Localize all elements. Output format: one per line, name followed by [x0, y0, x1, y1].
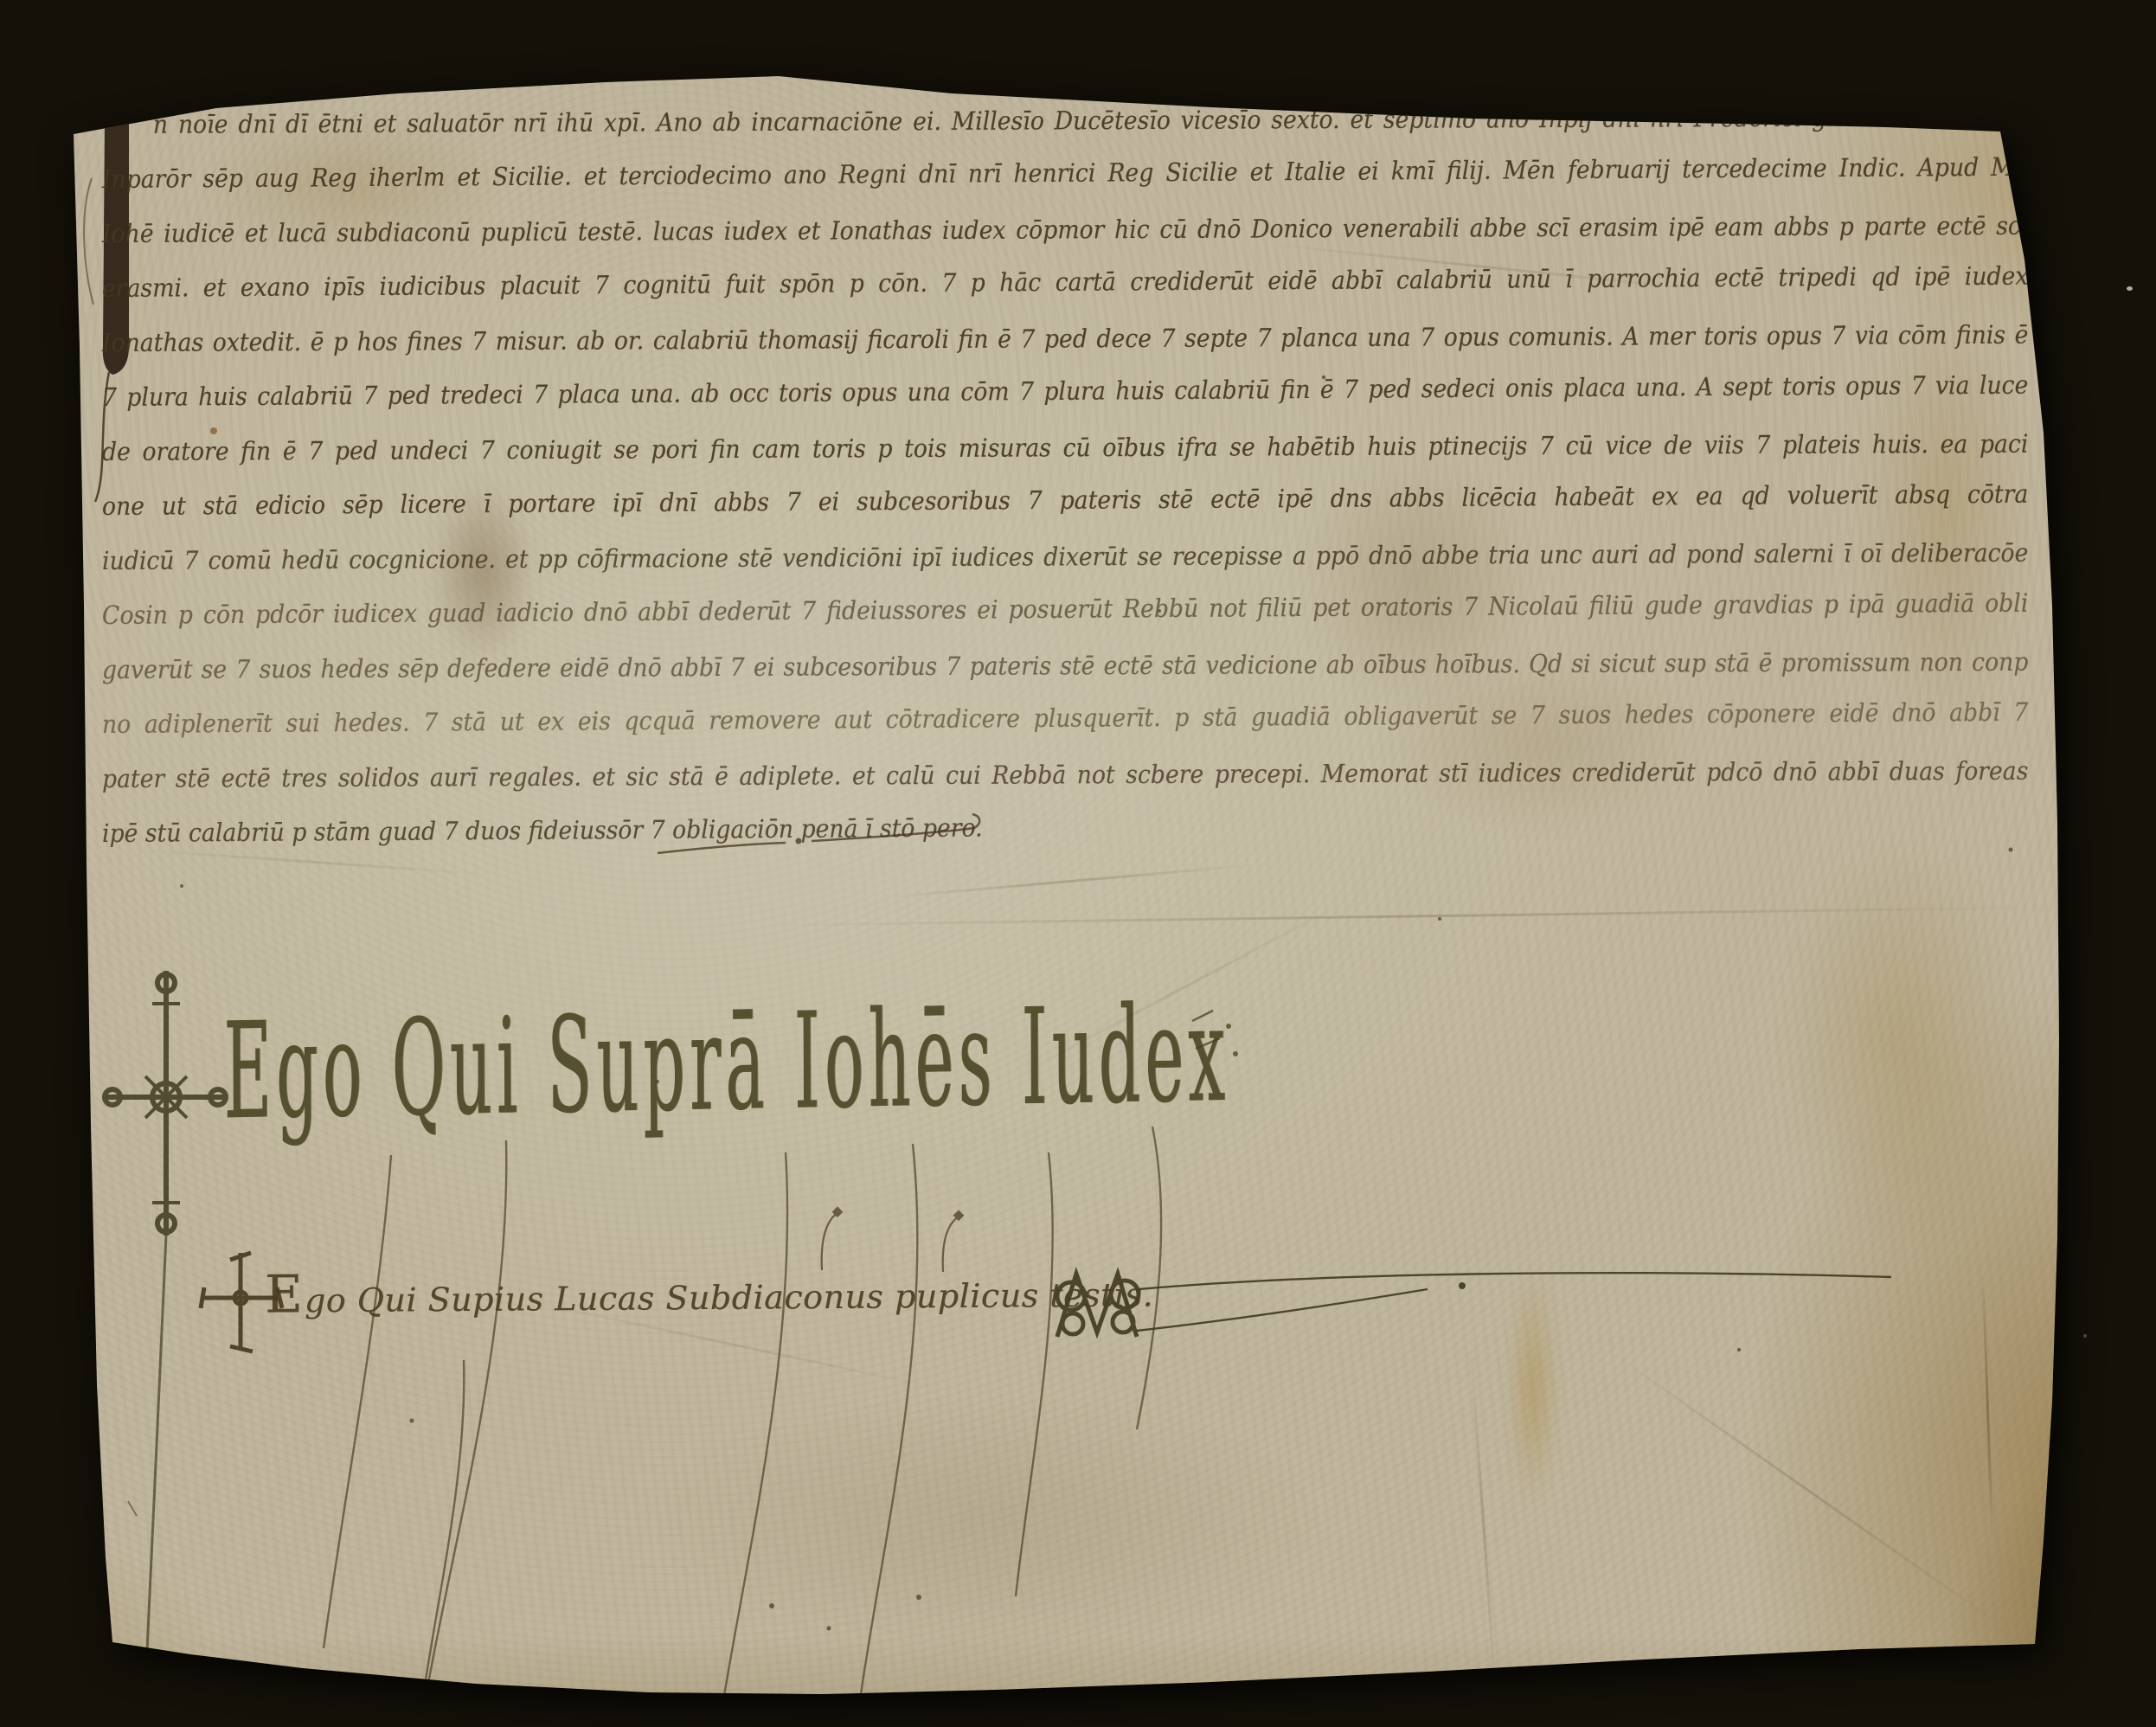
crease-line: [130, 848, 492, 876]
parchment-wrapper: n noīe dnī dī ētni et saluatōr nrī ihū x…: [0, 0, 2156, 1727]
charter-text-line: Inparōr sēp aug Reg iherlm et Sicilie. e…: [102, 148, 2029, 198]
charter-text-line: no adiplenerīt sui hedes. 7 stā ut ex ei…: [102, 693, 2029, 743]
charter-text-line: Ionathas oxtedit. ē p hos fines 7 misur.…: [102, 316, 2029, 362]
right-edge-stain: [1782, 848, 2024, 1246]
charter-text-line: Iohē iudicē et lucā subdiaconū puplicū t…: [102, 207, 2029, 253]
crease-line: [882, 864, 1254, 899]
judge-signature: Ego Qui Suprā Iohēs Iudex: [223, 976, 1229, 1149]
subdeacon-signature: Ego Qui Supius Lucas Subdiaconus puplicu…: [265, 1258, 1153, 1325]
crease-line: [1470, 1342, 1498, 1713]
parchment-sheet: n noīe dnī dī ētni et saluatōr nrī ihū x…: [0, 0, 2156, 1727]
faint-stain: [658, 1402, 1315, 1644]
photograph-stage: n noīe dnī dī ētni et saluatōr nrī ihū x…: [0, 0, 2156, 1727]
crack-line: [1982, 1273, 1994, 1541]
charter-text-line: iudicū 7 comū hedū cocgnicione. et pp cō…: [102, 534, 2029, 580]
charter-text-line: de oratore fin ē 7 ped undeci 7 coniugit…: [102, 425, 2029, 471]
crease-line: [1608, 1350, 2006, 1630]
signature-descender-flourishes: [324, 1127, 1161, 1722]
notary-monogram-m-icon: [1057, 1273, 1891, 1337]
crease-line: [761, 906, 2059, 927]
charter-text-line: pater stē ectē tres solidos aurī regales…: [102, 752, 2029, 798]
judge-cross-icon: [104, 971, 227, 1651]
charter-text-line: Cosin p cōn pdcōr iudicex guad iadicio d…: [102, 584, 2029, 634]
charter-text-line: gaverūt se 7 suos hedes sēp defedere eid…: [102, 643, 2029, 689]
charter-text-line: one ut stā edicio sēp licere ī portare i…: [102, 475, 2029, 525]
vertical-drip-stain: [1507, 1272, 1559, 1506]
charter-text-line: erasmi. et exano ipīs iudicibus placuit …: [102, 257, 2029, 307]
charter-text-line: ipē stū calabriū p stām guad 7 duos fide…: [102, 802, 2029, 852]
charter-text-line: 7 plura huis calabriū 7 ped tredeci 7 pl…: [102, 366, 2029, 416]
charter-text-line: n noīe dnī dī ētni et saluatōr nrī ihū x…: [102, 98, 2029, 144]
